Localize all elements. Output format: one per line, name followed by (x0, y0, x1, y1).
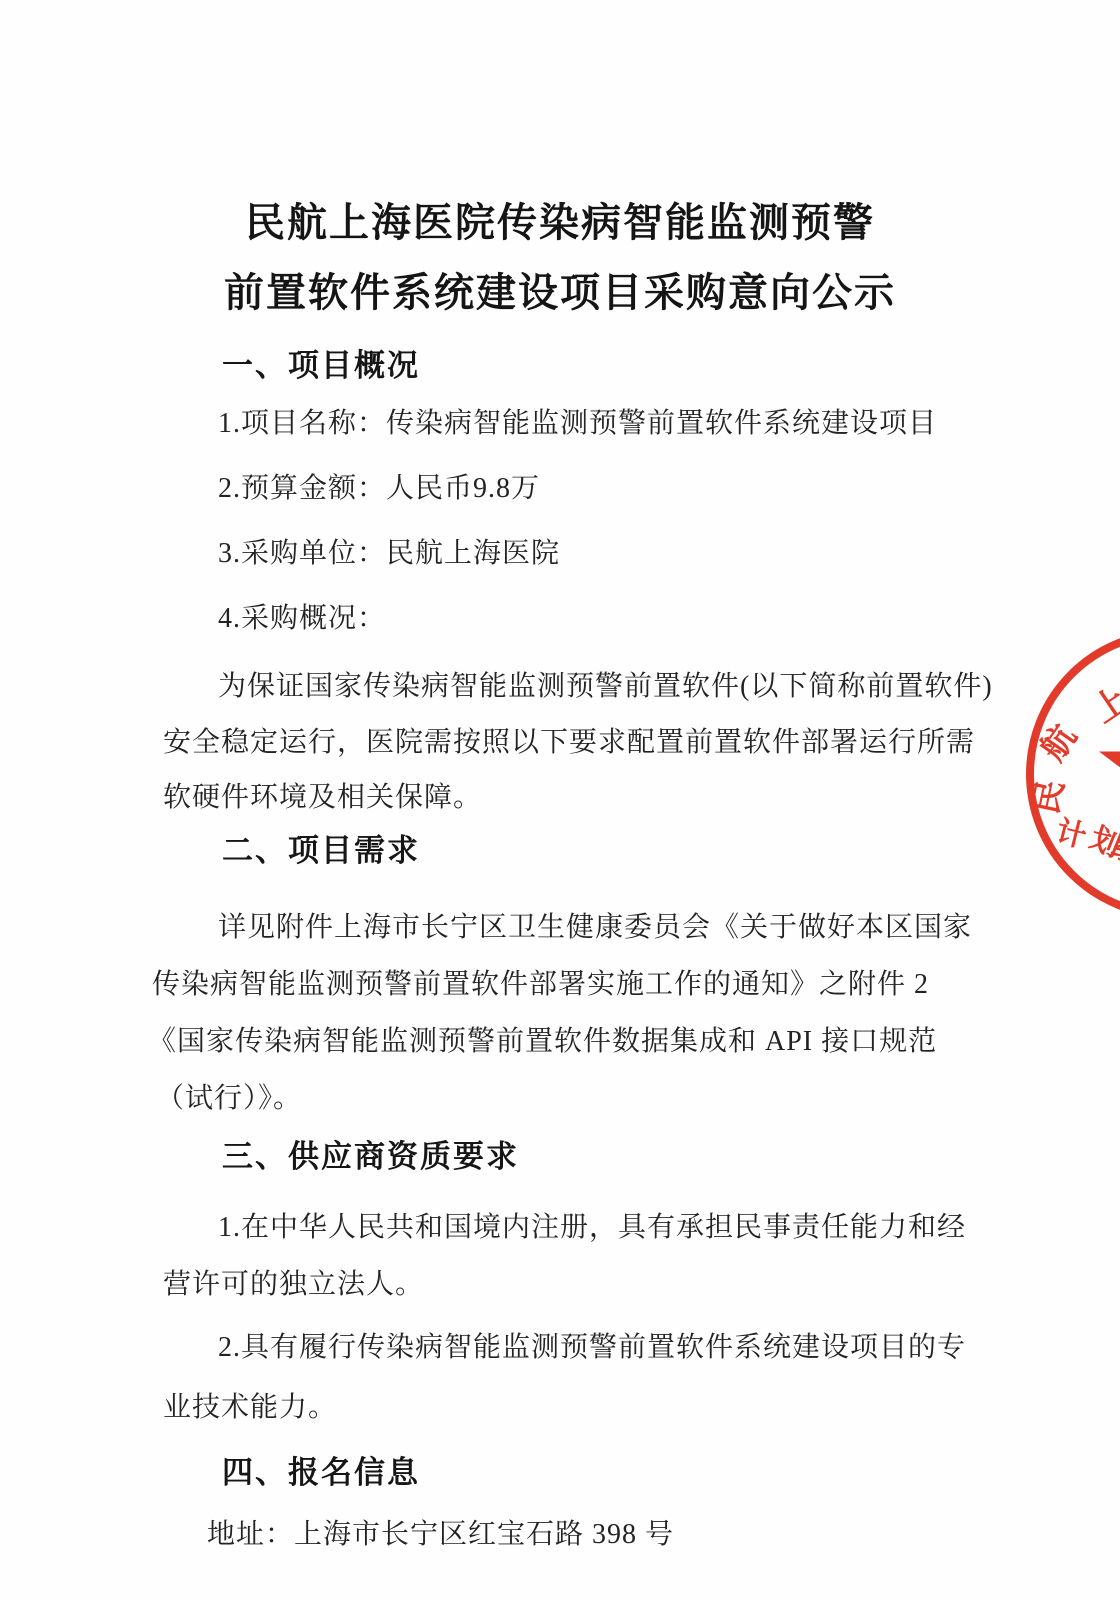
section3-heading: 三、供应商资质要求 (222, 1142, 519, 1173)
section1-heading: 一、项目概况 (222, 351, 420, 382)
seal-ring (1026, 629, 1120, 919)
seal-arc-char: 民 (1029, 777, 1069, 817)
requirements-line1: 详见附件上海市长宁区卫生健康委员会《关于做好本区国家 (218, 912, 972, 944)
document-title-line1: 民航上海医院传染病智能监测预警 (0, 203, 1120, 243)
requirements-line2: 传染病智能监测预警前置软件部署实施工作的通知》之附件 2 (152, 969, 929, 1001)
summary-paragraph-line2: 安全稳定运行，医院需按照以下要求配置前置软件部署运行所需 (163, 727, 975, 759)
document-title-line2: 前置软件系统建设项目采购意向公示 (0, 273, 1120, 313)
supplier-item2-line2: 业技术能力。 (163, 1392, 337, 1424)
address-line: 地址：上海市长宁区红宝石路 398 号 (207, 1519, 674, 1551)
requirements-line4: （试行）》。 (156, 1083, 302, 1115)
document-page: 民航上海医院传染病智能监测预警 前置软件系统建设项目采购意向公示 一、项目概况 … (0, 0, 1120, 1600)
section2-heading: 二、项目需求 (222, 836, 420, 867)
section4-heading: 四、报名信息 (222, 1458, 420, 1489)
budget-item: 2.预算金额：人民币9.8万 (218, 473, 540, 505)
summary-label: 4.采购概况： (218, 603, 386, 635)
supplier-item1-line2: 营许可的独立法人。 (163, 1269, 424, 1301)
supplier-item2-line1: 2.具有履行传染病智能监测预警前置软件系统建设项目的专 (218, 1332, 966, 1364)
supplier-item1-line1: 1.在中华人民共和国境内注册，具有承担民事责任能力和经 (218, 1212, 966, 1244)
project-name-item: 1.项目名称：传染病智能监测预警前置软件系统建设项目 (218, 408, 937, 440)
requirements-line3: 《国家传染病智能监测预警前置软件数据集成和 API 接口规范 (148, 1026, 937, 1058)
purchaser-item: 3.采购单位：民航上海医院 (218, 538, 560, 570)
summary-paragraph-line3: 软硬件环境及相关保障。 (163, 782, 482, 814)
summary-paragraph-line1: 为保证国家传染病智能监测预警前置软件(以下简称前置软件) (218, 671, 993, 703)
